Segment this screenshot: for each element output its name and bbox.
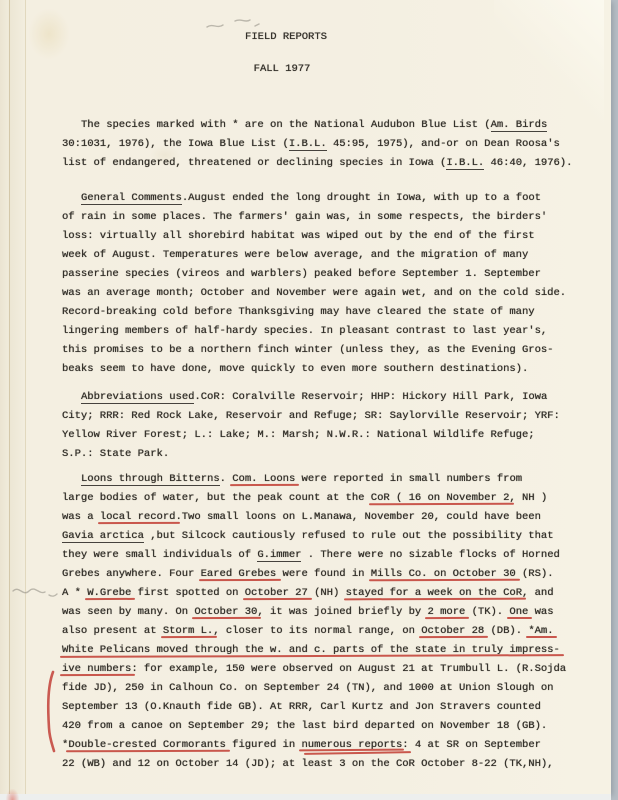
document-title: FIELD REPORTS xyxy=(0,31,572,43)
red-pen-underline-text: October 27 xyxy=(245,587,308,599)
text-segment: Record-breaking cold before Thanksgiving… xyxy=(62,306,535,318)
document-line: White Pelicans moved through the w. and … xyxy=(62,641,592,660)
text-segment: 46:40, 1976). xyxy=(484,157,572,169)
text-segment: week of August. Temperatures were below … xyxy=(62,249,528,261)
text-segment: 30:1031, 1976), the Iowa Blue List ( xyxy=(62,138,289,150)
red-pen-underline-text: W.Grebe xyxy=(87,587,131,599)
document-line: fide JD), 250 in Calhoun Co. on Septembe… xyxy=(62,679,592,698)
text-segment: City; RRR: Red Rock Lake, Reservoir and … xyxy=(62,410,560,422)
red-pen-underline-text: Double-crested Cormorants xyxy=(68,739,226,751)
document-line: list of endangered, threatened or declin… xyxy=(62,154,592,173)
text-segment: : 4 at SR on September xyxy=(402,739,541,751)
document-line: loss: virtually all shorebird habitat wa… xyxy=(62,227,592,246)
document-line: City; RRR: Red Rock Lake, Reservoir and … xyxy=(62,407,592,426)
document-line: Gavia arctica ,but Silcock cautiously re… xyxy=(62,527,592,546)
red-pen-underline-text: ive numbers xyxy=(62,663,131,675)
scan-background-edge xyxy=(0,794,611,800)
text-segment: The species marked with * are on the Nat… xyxy=(81,119,491,131)
document-line: was an average month; October and Novemb… xyxy=(62,284,592,303)
paper-fold-crease xyxy=(25,0,26,794)
text-segment: , and xyxy=(522,587,554,599)
document-line: also present at Storm L., closer to its … xyxy=(62,622,592,641)
typed-underline-text: Abbreviations used xyxy=(81,391,194,404)
text-segment: S.P.: State Park. xyxy=(62,448,169,460)
text-segment: this promises to be a northern finch win… xyxy=(62,344,553,356)
pencil-scribble-mark xyxy=(205,17,267,38)
text-segment: 45:95, 1975), and-or on Dean Roosa's xyxy=(327,138,560,150)
text-segment: 420 from a canoe on September 29; the la… xyxy=(62,720,547,732)
text-segment: Yellow River Forest; L.: Lake; M.: Marsh… xyxy=(62,429,535,441)
document-line: passerine species (vireos and warblers) … xyxy=(62,265,592,284)
document-line: beaks seem to have done, move quickly to… xyxy=(62,360,592,379)
text-segment: figured in xyxy=(226,739,302,751)
text-segment: (RS). xyxy=(516,568,554,580)
red-pen-underline-text: October 30 xyxy=(194,606,257,618)
paper-fold-crease xyxy=(9,0,10,794)
text-segment: beaks seem to have done, move quickly to… xyxy=(62,363,528,375)
text-segment: passerine species (vireos and warblers) … xyxy=(62,268,541,280)
red-pen-underline-text: *Am. xyxy=(528,625,553,637)
text-segment: fide JD), 250 in Calhoun Co. on Septembe… xyxy=(62,682,553,694)
red-pen-underline-text: Com. Loons xyxy=(232,473,295,485)
red-pen-underline-text: Mills Co. on October 30 xyxy=(371,568,516,580)
typed-underline-text: G.immer xyxy=(257,549,301,562)
paragraph: Abbreviations used.CoR: Coralville Reser… xyxy=(62,388,592,464)
document-line: *Double-crested Cormorants figured in nu… xyxy=(62,736,592,755)
red-pen-underline-text: local record xyxy=(100,511,176,523)
document-line: S.P.: State Park. xyxy=(62,445,592,464)
text-segment: , NH ) xyxy=(509,492,547,504)
document-line: Abbreviations used.CoR: Coralville Reser… xyxy=(62,388,592,407)
text-segment: 22 (WB) and 12 on October 14 (JD); at le… xyxy=(62,758,553,770)
text-segment: was an average month; October and Novemb… xyxy=(62,287,566,299)
text-segment: were reported in small numbers from xyxy=(295,473,522,485)
text-segment: (DB). xyxy=(484,625,528,637)
red-margin-emphasis-line xyxy=(44,670,58,759)
text-segment: was a xyxy=(62,511,100,523)
typed-underline-text: I.B.L. xyxy=(289,138,327,151)
document-line: large bodies of water, but the peak coun… xyxy=(62,489,592,508)
text-segment: first spotted on xyxy=(131,587,244,599)
document-subtitle: FALL 1977 xyxy=(0,63,564,75)
red-pen-underline-text: Eared Grebes xyxy=(201,568,277,580)
paragraph: The species marked with * are on the Nat… xyxy=(62,116,592,173)
document-line: 420 from a canoe on September 29; the la… xyxy=(62,717,592,736)
document-line: Yellow River Forest; L.: Lake; M.: Marsh… xyxy=(62,426,592,445)
typed-underline-text: Am. Birds xyxy=(491,119,548,132)
text-segment: large bodies of water, but the peak coun… xyxy=(62,492,371,504)
document-line: The species marked with * are on the Nat… xyxy=(62,116,592,135)
document-line: September 13 (O.Knauth fide GB). At RRR,… xyxy=(62,698,592,717)
document-line: Grebes anywhere. Four Eared Grebes were … xyxy=(62,565,592,584)
text-segment: ,but Silcock cautiously refused to rule … xyxy=(144,530,554,542)
text-segment: also present at xyxy=(62,625,163,637)
text-segment: loss: virtually all shorebird habitat wa… xyxy=(62,230,535,242)
text-segment: they were small individuals of xyxy=(62,549,257,561)
text-segment: A * xyxy=(62,587,87,599)
text-segment: .Two small loons on L.Manawa, November 2… xyxy=(175,511,540,523)
text-segment: of rain in some places. The farmers' gai… xyxy=(62,211,547,223)
text-segment: (TK). xyxy=(465,606,509,618)
document-line: ive numbers: for example, 150 were obser… xyxy=(62,660,592,679)
typed-underline-text: Loons through Bitterns xyxy=(81,473,220,486)
document-line: week of August. Temperatures were below … xyxy=(62,246,592,265)
typed-underline-text: I.B.L. xyxy=(446,157,484,170)
red-pen-underline-text: One xyxy=(509,606,528,618)
document-line: 30:1031, 1976), the Iowa Blue List (I.B.… xyxy=(62,135,592,154)
text-segment: , it was joined briefly by xyxy=(257,606,427,618)
text-segment: (NH) xyxy=(308,587,346,599)
red-pen-underline-text: numerous reports xyxy=(301,739,402,751)
typed-underline-text: Gavia arctica xyxy=(62,530,144,543)
text-segment: was seen by many. On xyxy=(62,606,194,618)
red-smudge-mark xyxy=(6,789,19,800)
text-segment: .CoR: Coralville Reservoir; HHP: Hickory… xyxy=(194,391,547,403)
document-line: was seen by many. On October 30, it was … xyxy=(62,603,592,622)
document-line: General Comments.August ended the long d… xyxy=(62,189,592,208)
text-segment: : for example, 150 were observed on Augu… xyxy=(131,663,566,675)
text-segment: list of endangered, threatened or declin… xyxy=(62,157,446,169)
text-segment: lingering members of half-hardy species.… xyxy=(62,325,547,337)
paragraph: Loons through Bitterns. Com. Loons were … xyxy=(62,470,592,774)
document-line: this promises to be a northern finch win… xyxy=(62,341,592,360)
document-line: Loons through Bitterns. Com. Loons were … xyxy=(62,470,592,489)
text-segment: , closer to its normal range, on xyxy=(213,625,421,637)
text-segment: was xyxy=(528,606,553,618)
text-segment: Grebes anywhere. Four xyxy=(62,568,201,580)
paragraph: General Comments.August ended the long d… xyxy=(62,189,592,379)
red-pen-underline-text: White Pelicans moved through the w. and … xyxy=(62,644,560,656)
pencil-squiggle-mark xyxy=(11,583,59,608)
red-pen-underline-text: Storm L. xyxy=(163,625,213,637)
screenshot-root: { "document": { "title": "FIELD REPORTS"… xyxy=(0,0,618,800)
text-segment: September 13 (O.Knauth fide GB). At RRR,… xyxy=(62,701,541,713)
document-line: 22 (WB) and 12 on October 14 (JD); at le… xyxy=(62,755,592,774)
document-line: lingering members of half-hardy species.… xyxy=(62,322,592,341)
document-line: they were small individuals of G.immer .… xyxy=(62,546,592,565)
document-line: of rain in some places. The farmers' gai… xyxy=(62,208,592,227)
document-line: was a local record.Two small loons on L.… xyxy=(62,508,592,527)
red-pen-underline-text: 2 more xyxy=(427,606,465,618)
red-pen-underline-text: October 28 xyxy=(421,625,484,637)
text-segment: were found in xyxy=(276,568,371,580)
typed-underline-text: General Comments xyxy=(81,192,182,205)
document-line: A * W.Grebe first spotted on October 27 … xyxy=(62,584,592,603)
text-segment: .August ended the long drought in Iowa, … xyxy=(182,192,541,204)
red-pen-underline-text: stayed for a week on the CoR xyxy=(346,587,522,599)
text-segment: . There were no sizable flocks of Horned xyxy=(301,549,559,561)
document-body: The species marked with * are on the Nat… xyxy=(62,116,592,774)
red-pen-underline-text: CoR ( 16 on November 2 xyxy=(371,492,510,504)
document-line: Record-breaking cold before Thanksgiving… xyxy=(62,303,592,322)
